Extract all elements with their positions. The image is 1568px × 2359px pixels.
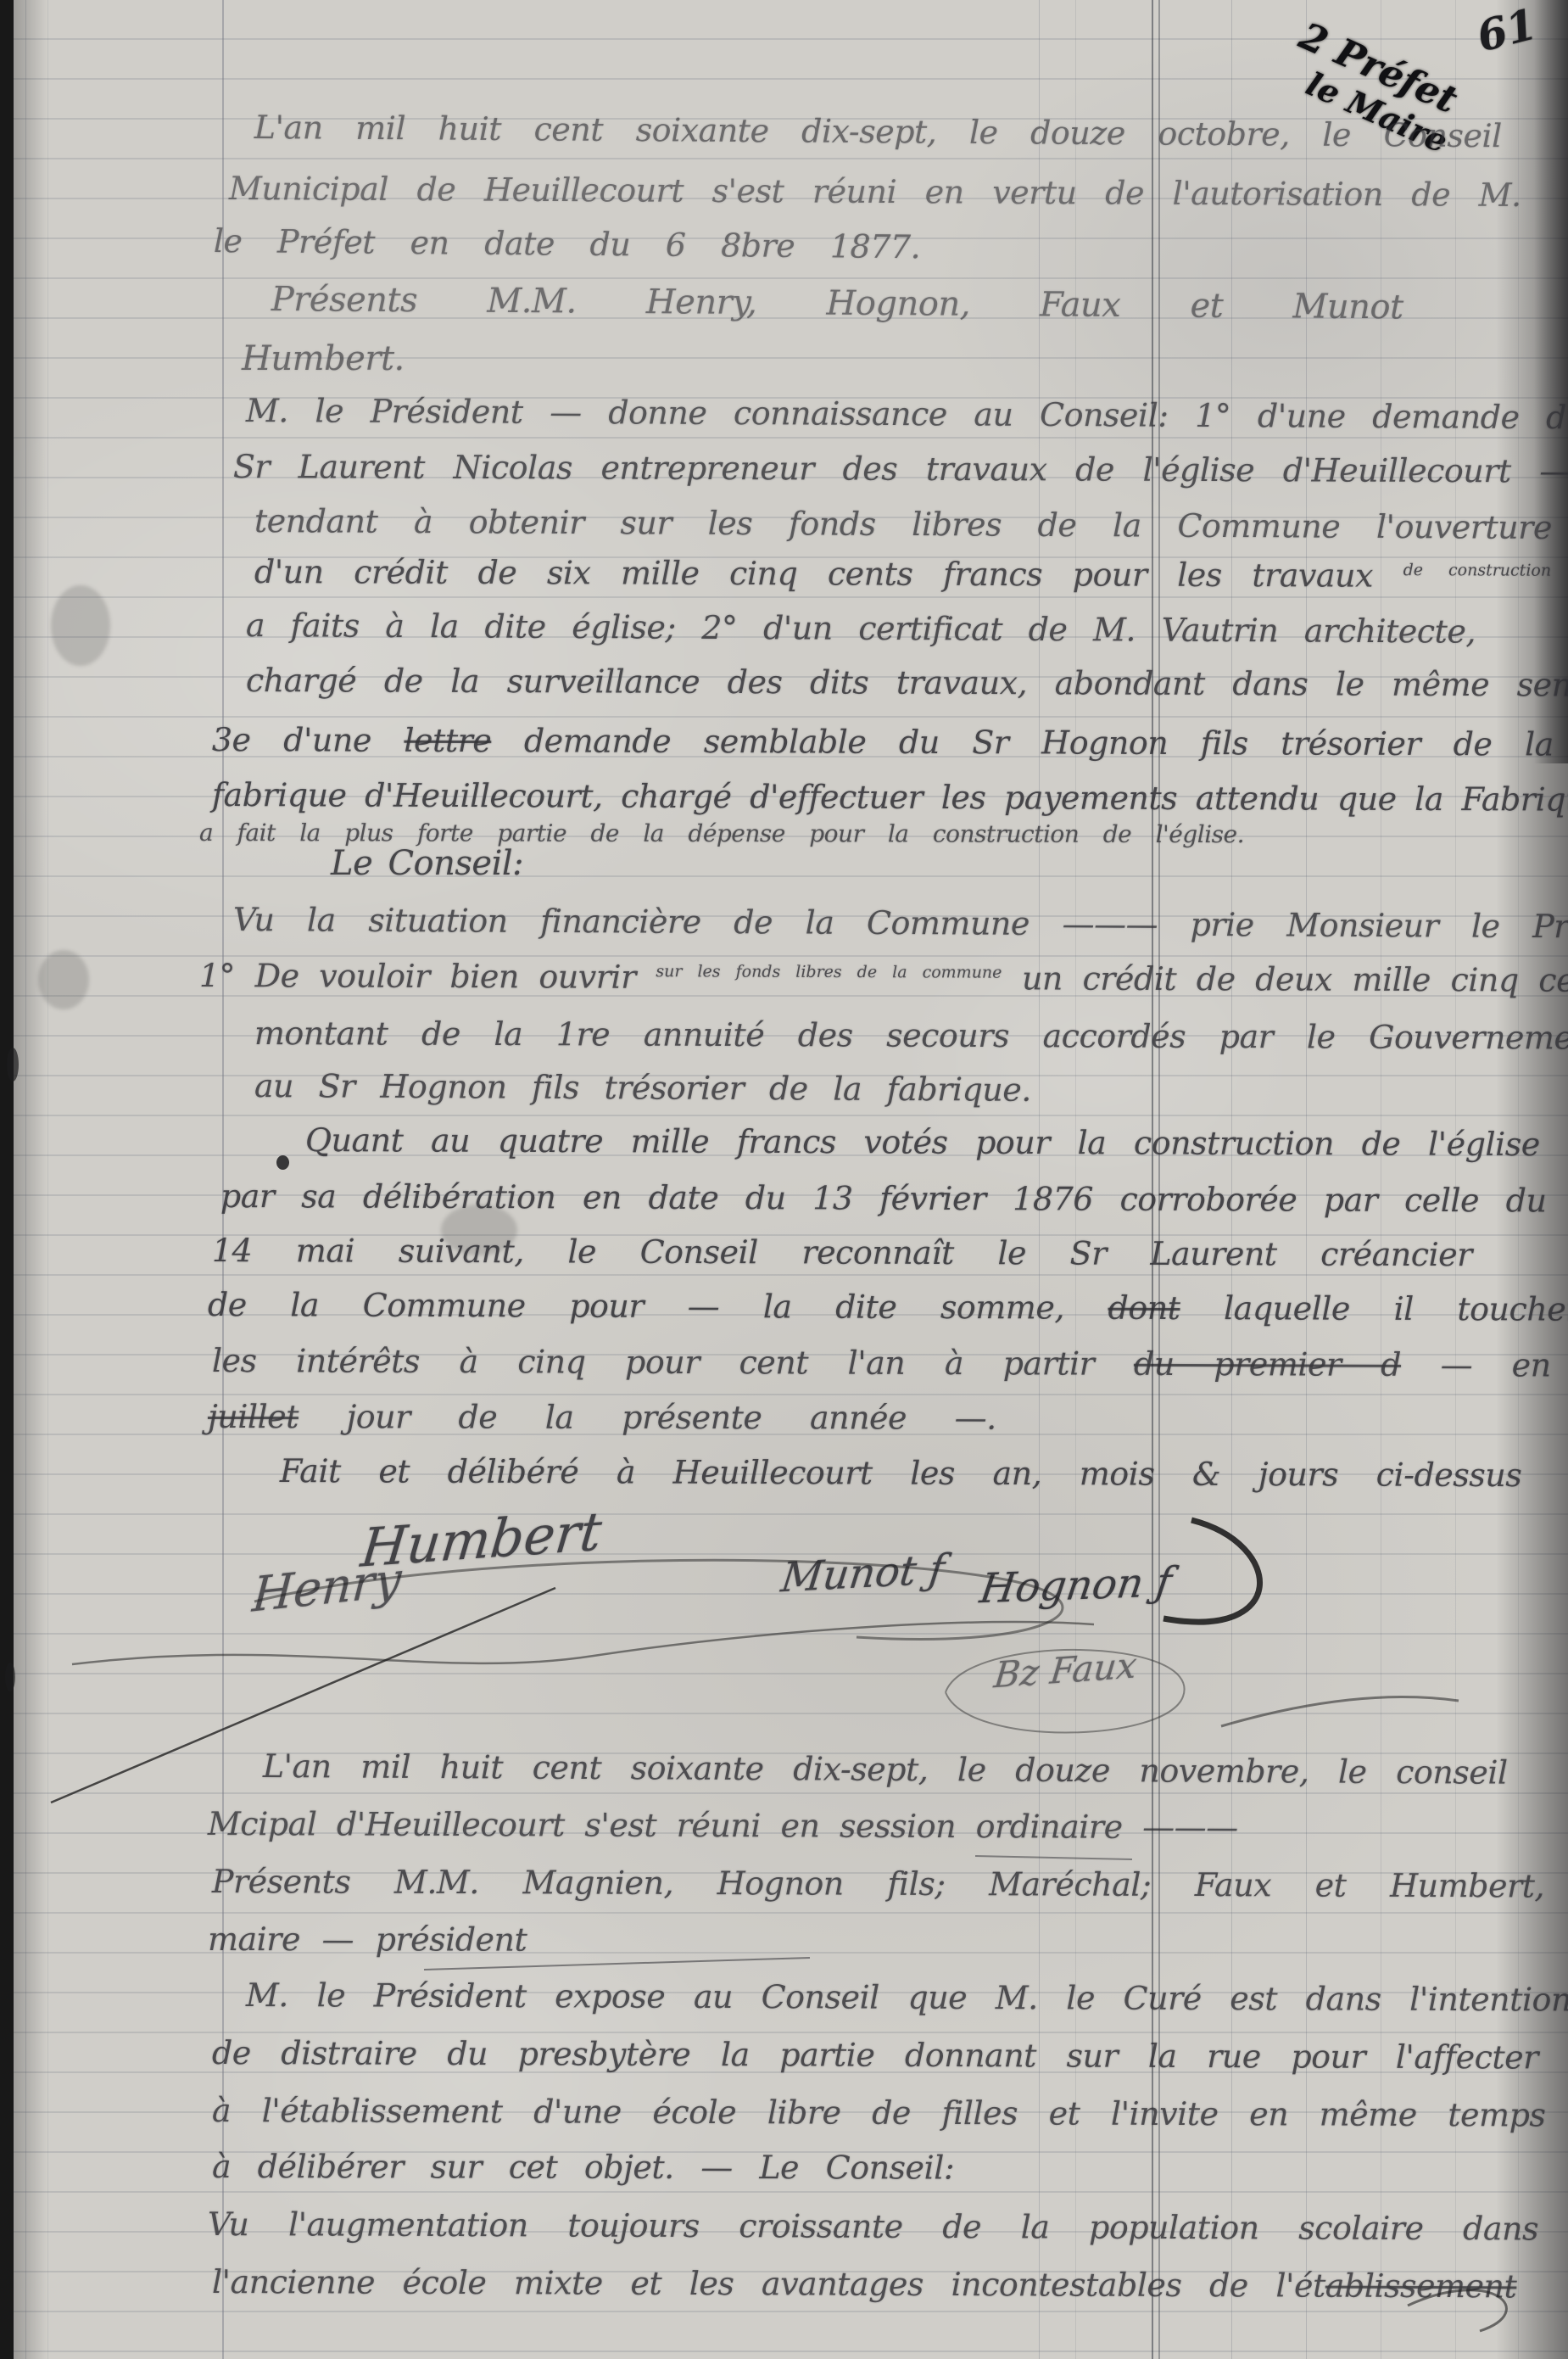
handwritten-text: à délibérer sur cet objet. — Le Conseil: <box>212 2148 954 2187</box>
manuscript-line: 1° De vouloir bien ouvrir sur les fonds … <box>199 957 1568 1000</box>
struck-text: ablissement <box>1325 2267 1517 2306</box>
manuscript-line: Sr Laurent Nicolas entrepreneur des trav… <box>233 448 1568 490</box>
handwritten-text: maire — président <box>208 1920 527 1959</box>
manuscript-line: 14 mai suivant, le Conseil reconnaît le … <box>212 1232 1472 1273</box>
manuscript-line: tendant à obtenir sur les fonds libres d… <box>254 502 1552 546</box>
manuscript-line: Quant au quatre mille francs votés pour … <box>305 1121 1540 1163</box>
edge-mark-2 <box>5 1663 15 1691</box>
manuscript-line: au Sr Hognon fils trésorier de la fabriq… <box>254 1067 1031 1109</box>
handwritten-text: Sr Laurent Nicolas entrepreneur des trav… <box>233 448 1568 490</box>
handwritten-text: Fait et délibéré à Heuillecourt les an, … <box>280 1452 1522 1494</box>
handwritten-text: 3e d'une <box>212 721 405 759</box>
handwritten-text: Humbert. <box>242 339 405 378</box>
manuscript-line: Fait et délibéré à Heuillecourt les an, … <box>280 1452 1522 1494</box>
struck-text: juillet <box>208 1398 299 1435</box>
manuscript-line: montant de la 1re annuité des secours ac… <box>254 1015 1568 1057</box>
manuscript-line: chargé de la surveillance des dits trava… <box>246 662 1568 704</box>
manuscript-line: a faits à la dite église; 2° d'un certif… <box>246 607 1476 651</box>
handwritten-text: à l'établissement d'une école libre de f… <box>212 2092 1546 2133</box>
manuscript-line: Municipal de Heuillecourt s'est réuni en… <box>229 170 1521 214</box>
handwritten-text: tendant à obtenir sur les fonds libres d… <box>254 502 1552 546</box>
handwritten-text: d'un crédit de six mille cinq cents fran… <box>254 553 1403 595</box>
manuscript-line: les intérêts à cinq pour cent l'an à par… <box>212 1342 1568 1384</box>
handwritten-text: de distraire du presbytère la partie don… <box>212 2034 1538 2076</box>
manuscript-line: juillet jour de la présente année —. <box>208 1398 996 1437</box>
handwritten-text: Mcipal d'Heuillecourt s'est réuni en ses… <box>208 1805 1238 1846</box>
manuscript-line: 3e d'une lettre demande semblable du Sr … <box>212 721 1554 763</box>
smudge-1 <box>51 585 110 666</box>
handwritten-text: un crédit de deux mille cinq cents franc… <box>1002 959 1568 999</box>
interline-insertion: de construction <box>1403 561 1552 580</box>
manuscript-line: fabrique d'Heuillecourt, chargé d'effect… <box>212 776 1568 819</box>
manuscript-line: L'an mil huit cent soixante dix-sept, le… <box>263 1747 1508 1792</box>
manuscript-line: Humbert. <box>242 339 405 378</box>
handwritten-text: de la Commune pour — la dite somme, <box>208 1286 1108 1327</box>
interline-insertion: sur les fonds libres de la commune <box>656 962 1002 981</box>
handwritten-text: Quant au quatre mille francs votés pour … <box>305 1121 1540 1163</box>
handwritten-text: a faits à la dite église; 2° d'un certif… <box>246 607 1476 651</box>
handwritten-text: le Préfet en date du 6 8bre 1877. <box>214 222 921 266</box>
handwritten-text: jour de la présente année —. <box>299 1398 996 1436</box>
manuscript-line: Le Conseil: <box>331 844 523 883</box>
manuscript-line: par sa délibération en date du 13 févrie… <box>220 1177 1547 1219</box>
binding-rule-2 <box>47 0 48 2359</box>
handwritten-text: L'an mil huit cent soixante dix-sept, le… <box>263 1747 1508 1792</box>
manuscript-line: maire — président <box>208 1920 527 1959</box>
handwritten-text: chargé de la surveillance des dits trava… <box>246 662 1568 704</box>
manuscript-line: M. le Président expose au Conseil que M.… <box>246 1976 1568 2018</box>
manuscript-line: le Préfet en date du 6 8bre 1877. <box>214 222 921 266</box>
manuscript-line: de distraire du presbytère la partie don… <box>212 2034 1538 2076</box>
manuscript-line: d'un crédit de six mille cinq cents fran… <box>254 553 1568 595</box>
handwritten-text: les intérêts à cinq pour cent l'an à par… <box>212 1342 1134 1383</box>
struck-text: du premier d <box>1134 1345 1401 1384</box>
manuscript-line: Présents M.M. Henry, Hognon, Faux et Mun… <box>271 280 1403 327</box>
handwritten-text: Municipal de Heuillecourt s'est réuni en… <box>229 170 1521 214</box>
ink-blot <box>276 1155 289 1170</box>
struck-text: lettre <box>404 722 491 759</box>
handwritten-text: — en — <box>1401 1346 1568 1384</box>
handwritten-text: Vu la situation financière de la Commune… <box>233 901 1568 946</box>
handwritten-text: Le Conseil: <box>331 844 523 883</box>
gutter-shadow <box>0 0 14 2359</box>
handwritten-text: Présents M.M. Magnien, Hognon fils; Maré… <box>212 1863 1544 1904</box>
manuscript-line: M. le Président — donne connaissance au … <box>246 392 1568 436</box>
handwritten-text: M. le Président — donne connaissance au … <box>246 392 1568 436</box>
manuscript-line: Vu la situation financière de la Commune… <box>233 901 1568 946</box>
manuscript-line: l'ancienne école mixte et les avantages … <box>212 2263 1517 2305</box>
edge-mark-1 <box>7 1048 19 1082</box>
handwritten-text: au Sr Hognon fils trésorier de la fabriq… <box>254 1067 1031 1109</box>
manuscript-line: Vu l'augmentation toujours croissante de… <box>208 2205 1538 2247</box>
handwritten-text: montant de la 1re annuité des secours ac… <box>254 1015 1568 1057</box>
handwritten-text: l'ancienne école mixte et les avantages … <box>212 2263 1325 2305</box>
manuscript-line: à l'établissement d'une école libre de f… <box>212 2092 1546 2133</box>
signature: Hognon ƒ <box>977 1558 1175 1613</box>
manuscript-line: à délibérer sur cet objet. — Le Conseil: <box>212 2148 954 2187</box>
handwritten-text: par sa délibération en date du 13 févrie… <box>220 1177 1547 1219</box>
handwritten-text: fabrique d'Heuillecourt, chargé d'effect… <box>212 776 1568 819</box>
register-page-scan: 61 2 Préfet le Maire L'an mil huit cent … <box>0 0 1568 2359</box>
handwritten-text: Vu l'augmentation toujours croissante de… <box>208 2205 1538 2247</box>
handwritten-text: Présents M.M. Henry, Hognon, Faux et Mun… <box>271 280 1403 327</box>
handwritten-text: 1° De vouloir bien ouvrir <box>199 957 656 996</box>
manuscript-line: Mcipal d'Heuillecourt s'est réuni en ses… <box>208 1805 1238 1846</box>
handwritten-text: M. le Président expose au Conseil que M.… <box>246 1976 1568 2018</box>
page-edge-shadow-top <box>1534 0 1568 763</box>
gutter-fade <box>14 0 47 2359</box>
manuscript-line: Présents M.M. Magnien, Hognon fils; Maré… <box>212 1863 1544 1904</box>
manuscript-line: de la Commune pour — la dite somme, dont… <box>208 1286 1568 1328</box>
signature: Munot ƒ <box>778 1546 947 1602</box>
handwritten-text: demande semblable du Sr Hognon fils trés… <box>491 722 1554 763</box>
handwritten-text: laquelle il touchera <box>1180 1289 1568 1328</box>
handwritten-text: qu'il <box>1551 557 1568 595</box>
struck-text: dont <box>1108 1289 1180 1327</box>
handwritten-text: 14 mai suivant, le Conseil reconnaît le … <box>212 1232 1472 1273</box>
smudge-2 <box>38 950 89 1009</box>
